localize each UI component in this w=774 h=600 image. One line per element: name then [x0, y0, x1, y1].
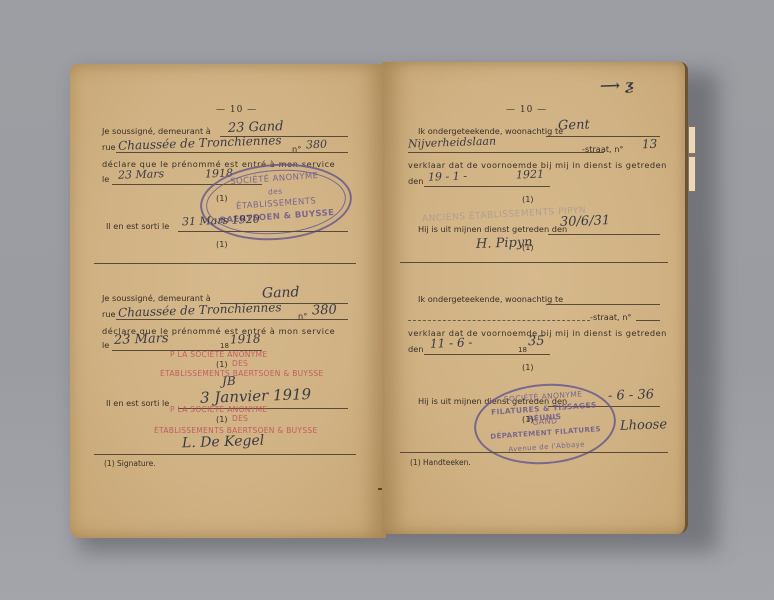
red-stamp-line: P LA SOCIÉTÉ ANONYME: [170, 405, 267, 414]
entry1-entry-year: 1921: [516, 168, 544, 182]
year-prefix: 18: [518, 346, 527, 354]
red-stamp-line: DES: [232, 414, 248, 423]
entry1-date-prefix: den: [408, 176, 423, 186]
entry2-residence-label: Je soussigné, demeurant à: [102, 293, 211, 303]
entry2-date-prefix: le: [102, 340, 109, 350]
entry2-entry-year: 35: [528, 334, 545, 350]
year-prefix: 18: [220, 342, 229, 350]
rule: [116, 152, 348, 153]
initials: JB: [222, 374, 236, 388]
entry1-number-value: 13: [642, 137, 658, 152]
footnote: (1) Handteeken.: [410, 458, 471, 467]
company-stamp: SOCIÉTÉ ANONYME FILATURES & TISSAGES RÉU…: [471, 379, 618, 469]
red-stamp-line: DES: [232, 359, 248, 368]
page-number: — 10 —: [506, 105, 547, 115]
right-page: ⟶ ƺ — 10 — Ik ondergeteekende, woonachti…: [382, 62, 688, 534]
entry1-street-suffix: -straat, n°: [582, 144, 624, 154]
rule: [178, 231, 348, 232]
rule: [424, 354, 550, 355]
entry1-number-value: 380: [306, 138, 327, 152]
page-tab: [688, 156, 696, 192]
entry2-exit-date: 3 Janvier 1919: [200, 385, 312, 407]
entry2-residence-value: Gand: [262, 284, 300, 301]
entry1-residence-label: Je soussigné, demeurant à: [102, 126, 211, 136]
rule: [424, 186, 550, 187]
footnote-marker: (1): [522, 362, 534, 372]
corner-signature: ⟶ ƺ: [600, 77, 635, 94]
entry1-street-value: Nijverheidslaan: [408, 134, 496, 150]
red-stamp-line: ÉTABLISSEMENTS BAERTSOEN & BUYSSE: [160, 369, 323, 378]
entry2-exit-date: - 6 - 36: [608, 387, 654, 404]
entry2-entry-date: 11 - 6 -: [430, 335, 473, 350]
signature: H. Pipyn: [476, 235, 533, 252]
entry1-exit-label: Hij is uit mijnen dienst getreden den: [418, 224, 567, 234]
footnote-marker: (1): [522, 194, 534, 204]
footnote-marker: (1): [216, 239, 228, 249]
footnote-marker: (1): [216, 359, 228, 369]
entry2-date-prefix: den: [408, 344, 423, 354]
signature: L. De Kegel: [182, 433, 265, 452]
entry1-residence-value: Gent: [558, 117, 590, 133]
entry1-number-label: n°: [292, 144, 301, 154]
section-divider: [400, 452, 668, 453]
stamp-line: Avenue de l'Abbaye: [477, 438, 615, 456]
entry2-number-label: n°: [298, 311, 307, 321]
entry2-entry-year: 1918: [230, 331, 261, 346]
entry1-street-prefix: rue: [102, 142, 116, 152]
rule: [408, 320, 590, 321]
entry2-exit-label: Il en est sorti le: [106, 398, 169, 408]
footnote: (1) Signature.: [104, 459, 156, 468]
rule: [546, 304, 660, 305]
entry1-exit-date: 31 Mars 1920: [182, 213, 260, 229]
section-divider: [400, 262, 668, 263]
entry2-street-prefix: rue: [102, 309, 116, 319]
entry1-entry-date: 19 - 1 -: [428, 169, 467, 183]
rule: [548, 234, 660, 235]
section-divider: [94, 454, 356, 455]
footnote-marker: (1): [216, 414, 228, 424]
signature: Lhoose: [620, 417, 668, 434]
page-tab: [688, 126, 696, 154]
entry2-street-value: Chaussée de Tronchiennes: [118, 300, 282, 320]
entry1-date-prefix: le: [102, 174, 109, 184]
entry2-number-value: 380: [312, 303, 337, 319]
page-number: — 10 —: [216, 105, 257, 115]
entry2-street-suffix: -straat, n°: [590, 312, 632, 322]
section-divider: [94, 263, 356, 264]
entry1-street-value: Chaussée de Tronchiennes: [118, 133, 282, 153]
entry2-entry-date: 23 Mars: [114, 331, 169, 348]
entry1-exit-label: Il en est sorti le: [106, 221, 169, 231]
left-page: — 10 — Je soussigné, demeurant à 23 Gand…: [70, 64, 386, 538]
entry1-entry-date: 23 Mars: [118, 167, 165, 182]
footnote-marker: (1): [522, 414, 534, 424]
rule: [116, 319, 348, 320]
rule: [408, 152, 604, 153]
entry1-exit-date: 30/6/31: [560, 213, 611, 230]
rule: [636, 320, 660, 321]
red-stamp-line: P LA SOCIÉTÉ ANONYME: [170, 350, 267, 359]
entry2-residence-label: Ik ondergeteekende, woonachtig te: [418, 294, 563, 304]
